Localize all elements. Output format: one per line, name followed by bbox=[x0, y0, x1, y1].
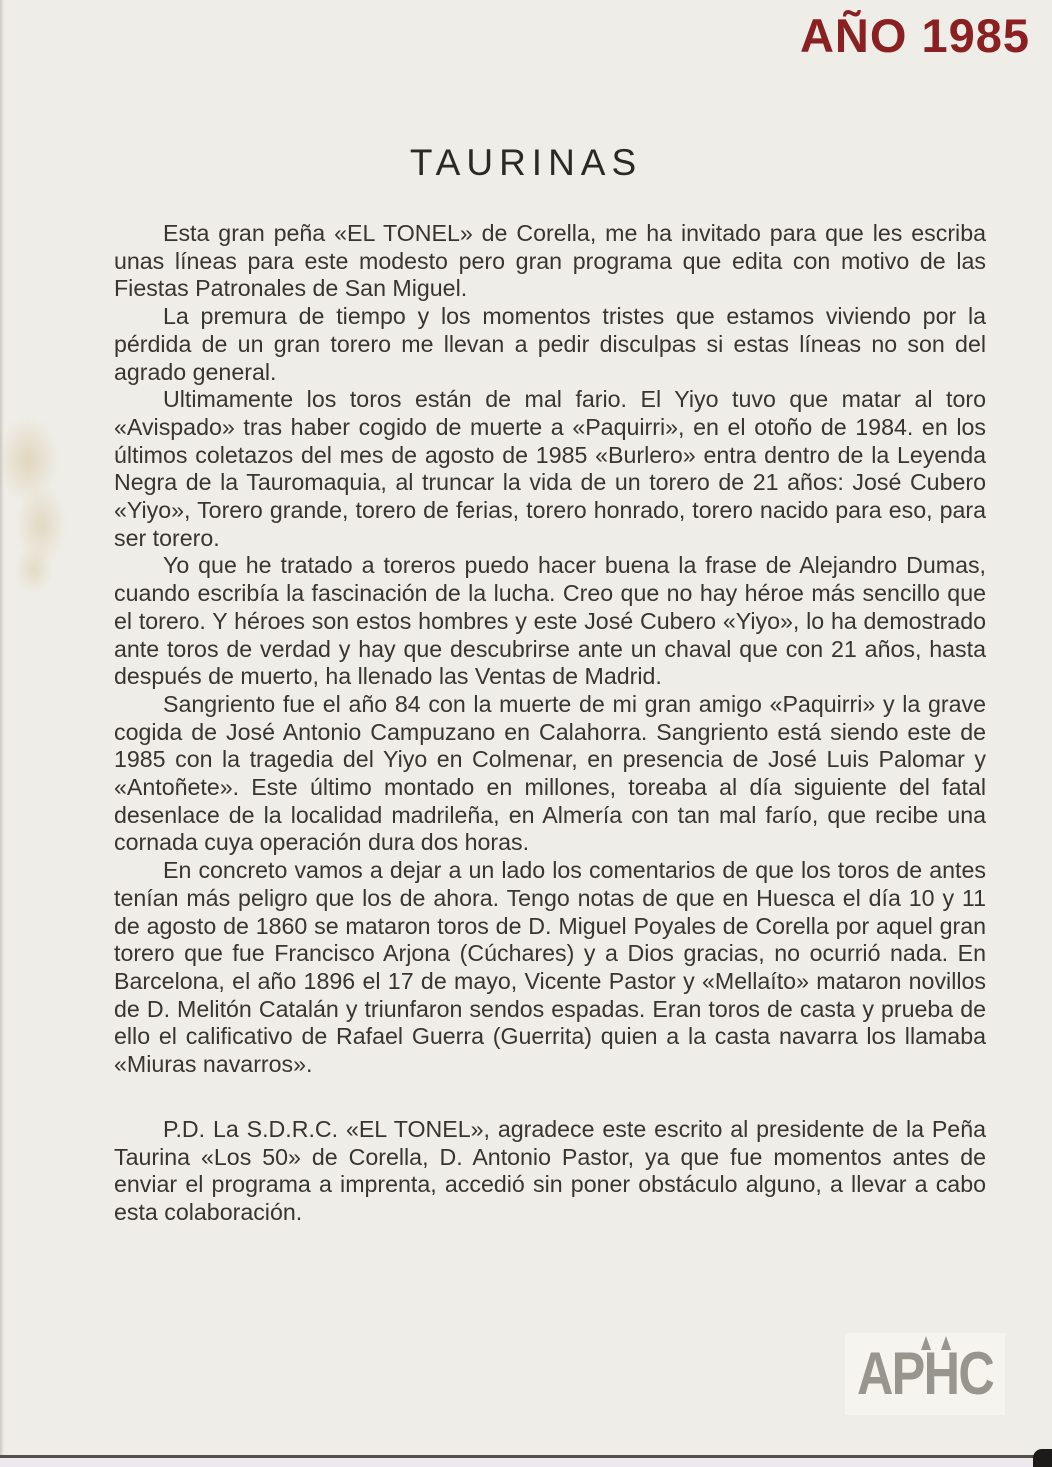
scanner-background bbox=[0, 1458, 1052, 1467]
corner-shadow bbox=[1033, 1449, 1052, 1467]
paragraph-sangriento: Sangriento fue el año 84 con la muerte d… bbox=[114, 691, 986, 857]
aphc-watermark: APHC bbox=[845, 1333, 1005, 1415]
watermark-text: APHC bbox=[857, 1344, 993, 1404]
scanned-document-page: AÑO 1985 TAURINAS Esta gran peña «EL TON… bbox=[0, 0, 1052, 1467]
tower-spire-icon bbox=[921, 1336, 931, 1350]
tower-spire-icon bbox=[941, 1336, 951, 1350]
paper-stain bbox=[0, 405, 106, 595]
year-label: AÑO 1985 bbox=[800, 12, 1030, 59]
paragraph-dumas: Yo que he tratado a toreros puedo hacer … bbox=[114, 552, 986, 691]
page-title: TAURINAS bbox=[0, 144, 1052, 181]
article-body: Esta gran peña «EL TONEL» de Corella, me… bbox=[114, 220, 986, 1227]
paragraph-apology: La premura de tiempo y los momentos tris… bbox=[114, 303, 986, 386]
paragraph-intro: Esta gran peña «EL TONEL» de Corella, me… bbox=[114, 220, 986, 303]
paragraph-historia: En concreto vamos a dejar a un lado los … bbox=[114, 857, 986, 1079]
scan-left-edge bbox=[0, 0, 4, 1467]
paragraph-yiyo: Ultimamente los toros están de mal fario… bbox=[114, 386, 986, 552]
paragraph-postscript: P.D. La S.D.R.C. «EL TONEL», agradece es… bbox=[114, 1116, 986, 1227]
